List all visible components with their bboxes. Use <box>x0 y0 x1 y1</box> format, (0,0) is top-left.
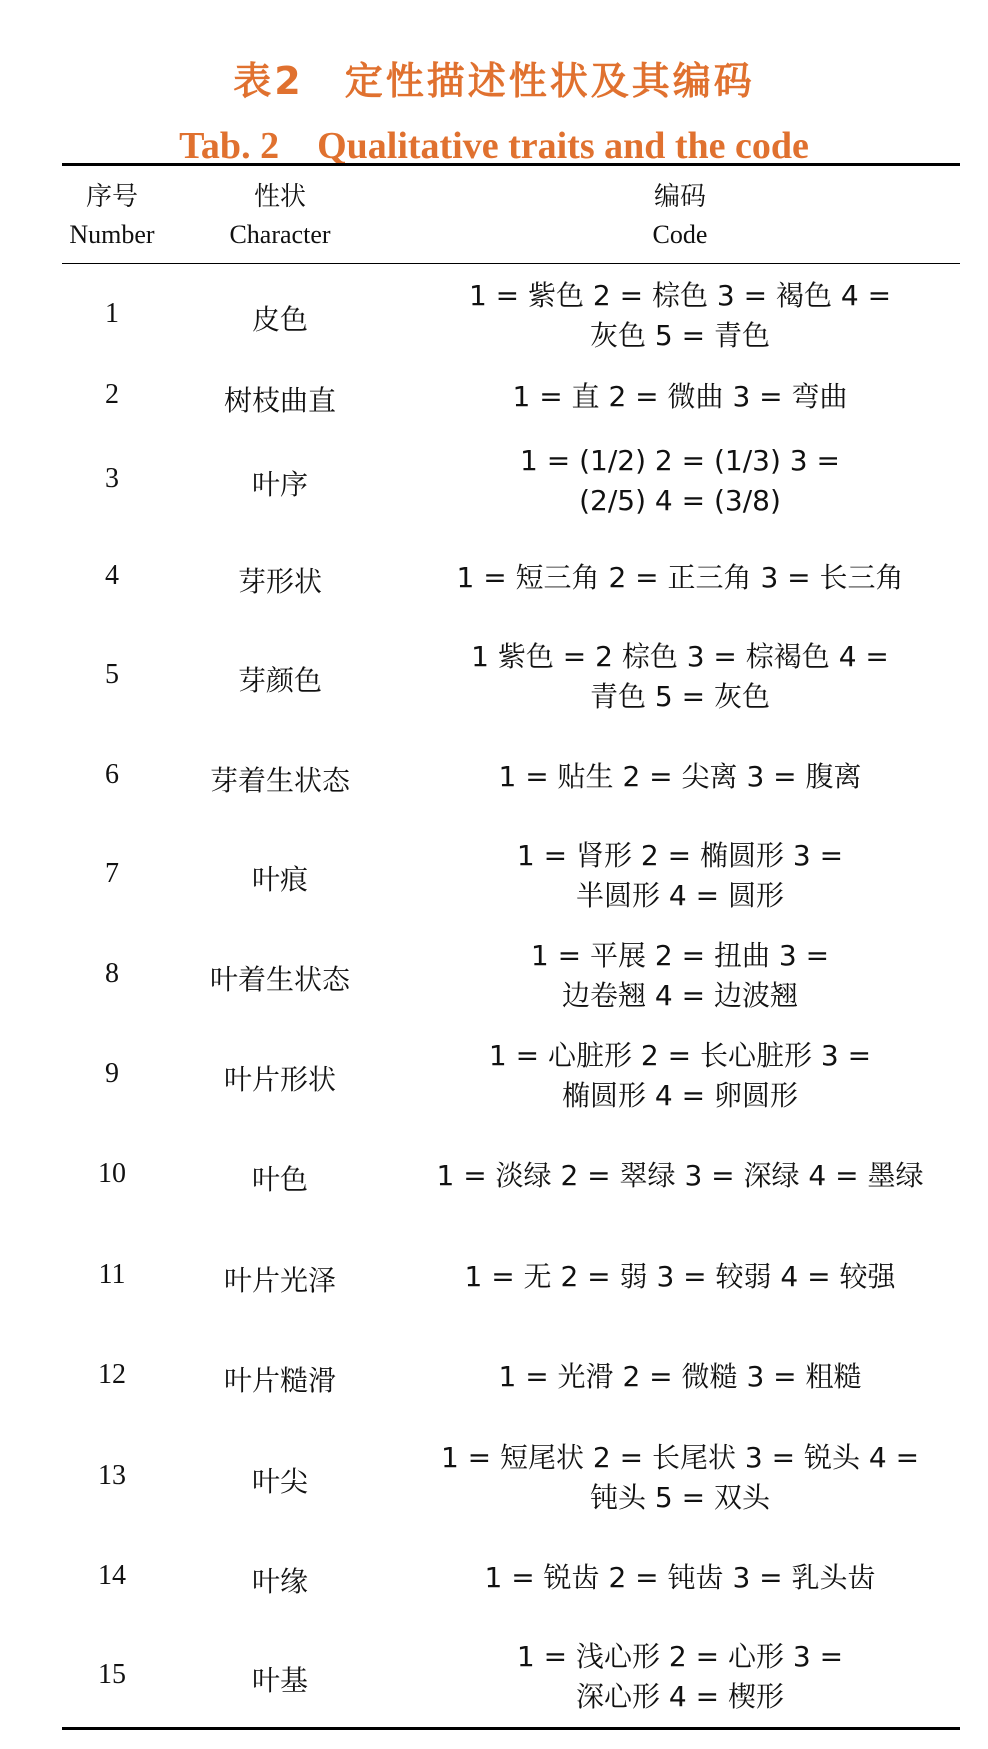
cell-code: 1 = 浅心形 2 = 心形 3 =深心形 4 = 楔形 <box>400 1637 960 1717</box>
code-line: 1 = 淡绿 2 = 翠绿 3 = 深绿 4 = 墨绿 <box>400 1156 960 1196</box>
code-line: 1 = 浅心形 2 = 心形 3 = <box>400 1637 960 1677</box>
table-row: 3叶序1 = (1/2) 2 = (1/3) 3 =(2/5) 4 = (3/8… <box>0 441 988 521</box>
table-row: 13叶尖1 = 短尾状 2 = 长尾状 3 = 锐头 4 =钝头 5 = 双头 <box>0 1438 988 1518</box>
cell-number: 2 <box>52 379 172 411</box>
cell-number: 6 <box>52 759 172 791</box>
code-line: (2/5) 4 = (3/8) <box>400 481 960 521</box>
cell-code: 1 = 肾形 2 = 椭圆形 3 =半圆形 4 = 圆形 <box>400 836 960 916</box>
cell-character: 叶缘 <box>180 1560 380 1600</box>
code-line: 深心形 4 = 楔形 <box>400 1677 960 1717</box>
cell-number: 14 <box>52 1560 172 1592</box>
code-line: 半圆形 4 = 圆形 <box>400 876 960 916</box>
cell-number: 7 <box>52 858 172 890</box>
code-line: 青色 5 = 灰色 <box>400 677 960 717</box>
code-line: 1 = 紫色 2 = 棕色 3 = 褐色 4 = <box>400 276 960 316</box>
cell-number: 4 <box>52 560 172 592</box>
code-line: 1 = 短三角 2 = 正三角 3 = 长三角 <box>400 558 960 598</box>
cell-code: 1 = 心脏形 2 = 长心脏形 3 =椭圆形 4 = 卵圆形 <box>400 1036 960 1116</box>
cell-code: 1 = 紫色 2 = 棕色 3 = 褐色 4 =灰色 5 = 青色 <box>400 276 960 356</box>
cell-code: 1 = 短尾状 2 = 长尾状 3 = 锐头 4 =钝头 5 = 双头 <box>400 1438 960 1518</box>
code-line: 1 = (1/2) 2 = (1/3) 3 = <box>400 441 960 481</box>
header-rule <box>62 263 960 264</box>
code-line: 边卷翘 4 = 边波翘 <box>400 976 960 1016</box>
cell-character: 叶基 <box>180 1659 380 1699</box>
table-row: 2树枝曲直1 = 直 2 = 微曲 3 = 弯曲 <box>0 377 988 417</box>
cell-number: 9 <box>52 1058 172 1090</box>
header-number-en: Number <box>52 216 172 254</box>
header-character: 性状 Character <box>200 178 360 254</box>
cell-character: 叶序 <box>180 463 380 503</box>
cell-character: 叶片形状 <box>180 1058 380 1098</box>
code-line: 1 = 平展 2 = 扭曲 3 = <box>400 936 960 976</box>
header-code-cn: 编码 <box>400 178 960 216</box>
cell-character: 叶着生状态 <box>180 958 380 998</box>
cell-code: 1 = 无 2 = 弱 3 = 较弱 4 = 较强 <box>400 1257 960 1297</box>
cell-number: 15 <box>52 1659 172 1691</box>
table-row: 11叶片光泽1 = 无 2 = 弱 3 = 较弱 4 = 较强 <box>0 1257 988 1297</box>
cell-character: 芽颜色 <box>180 659 380 699</box>
cell-code: 1 = (1/2) 2 = (1/3) 3 =(2/5) 4 = (3/8) <box>400 441 960 521</box>
header-code: 编码 Code <box>400 178 960 254</box>
table-row: 15叶基1 = 浅心形 2 = 心形 3 =深心形 4 = 楔形 <box>0 1637 988 1717</box>
cell-character: 芽形状 <box>180 560 380 600</box>
code-line: 1 = 直 2 = 微曲 3 = 弯曲 <box>400 377 960 417</box>
table-row: 7叶痕1 = 肾形 2 = 椭圆形 3 =半圆形 4 = 圆形 <box>0 836 988 916</box>
code-line: 1 = 锐齿 2 = 钝齿 3 = 乳头齿 <box>400 1558 960 1598</box>
cell-character: 皮色 <box>180 298 380 338</box>
header-number: 序号 Number <box>52 178 172 254</box>
cell-character: 叶痕 <box>180 858 380 898</box>
table-row: 1皮色1 = 紫色 2 = 棕色 3 = 褐色 4 =灰色 5 = 青色 <box>0 276 988 356</box>
cell-code: 1 = 直 2 = 微曲 3 = 弯曲 <box>400 377 960 417</box>
header-character-en: Character <box>200 216 360 254</box>
header-character-cn: 性状 <box>200 178 360 216</box>
table-row: 9叶片形状1 = 心脏形 2 = 长心脏形 3 =椭圆形 4 = 卵圆形 <box>0 1036 988 1116</box>
cell-code: 1 = 光滑 2 = 微糙 3 = 粗糙 <box>400 1357 960 1397</box>
cell-code: 1 紫色 = 2 棕色 3 = 棕褐色 4 =青色 5 = 灰色 <box>400 637 960 717</box>
cell-number: 13 <box>52 1460 172 1492</box>
cell-number: 8 <box>52 958 172 990</box>
table-row: 8叶着生状态1 = 平展 2 = 扭曲 3 =边卷翘 4 = 边波翘 <box>0 936 988 1016</box>
cell-number: 11 <box>52 1259 172 1291</box>
table-title-en: Tab. 2 Qualitative traits and the code <box>0 114 988 169</box>
table-row: 6芽着生状态1 = 贴生 2 = 尖离 3 = 腹离 <box>0 757 988 797</box>
cell-code: 1 = 短三角 2 = 正三角 3 = 长三角 <box>400 558 960 598</box>
bottom-rule <box>62 1727 960 1730</box>
code-line: 椭圆形 4 = 卵圆形 <box>400 1076 960 1116</box>
table-title-cn: 表2 定性描述性状及其编码 <box>0 50 988 105</box>
cell-code: 1 = 平展 2 = 扭曲 3 =边卷翘 4 = 边波翘 <box>400 936 960 1016</box>
cell-character: 叶色 <box>180 1158 380 1198</box>
table-row: 4芽形状1 = 短三角 2 = 正三角 3 = 长三角 <box>0 558 988 598</box>
code-line: 1 = 贴生 2 = 尖离 3 = 腹离 <box>400 757 960 797</box>
header-code-en: Code <box>400 216 960 254</box>
cell-number: 12 <box>52 1359 172 1391</box>
code-line: 钝头 5 = 双头 <box>400 1478 960 1518</box>
code-line: 1 = 无 2 = 弱 3 = 较弱 4 = 较强 <box>400 1257 960 1297</box>
cell-character: 叶片光泽 <box>180 1259 380 1299</box>
table-row: 12叶片糙滑1 = 光滑 2 = 微糙 3 = 粗糙 <box>0 1357 988 1397</box>
cell-number: 10 <box>52 1158 172 1190</box>
code-line: 1 = 短尾状 2 = 长尾状 3 = 锐头 4 = <box>400 1438 960 1478</box>
cell-character: 叶尖 <box>180 1460 380 1500</box>
code-line: 1 紫色 = 2 棕色 3 = 棕褐色 4 = <box>400 637 960 677</box>
cell-character: 芽着生状态 <box>180 759 380 799</box>
cell-number: 1 <box>52 298 172 330</box>
top-rule <box>62 163 960 166</box>
cell-number: 3 <box>52 463 172 495</box>
code-line: 1 = 肾形 2 = 椭圆形 3 = <box>400 836 960 876</box>
code-line: 1 = 光滑 2 = 微糙 3 = 粗糙 <box>400 1357 960 1397</box>
cell-code: 1 = 淡绿 2 = 翠绿 3 = 深绿 4 = 墨绿 <box>400 1156 960 1196</box>
header-number-cn: 序号 <box>52 178 172 216</box>
cell-character: 树枝曲直 <box>180 379 380 419</box>
cell-code: 1 = 锐齿 2 = 钝齿 3 = 乳头齿 <box>400 1558 960 1598</box>
code-line: 1 = 心脏形 2 = 长心脏形 3 = <box>400 1036 960 1076</box>
cell-code: 1 = 贴生 2 = 尖离 3 = 腹离 <box>400 757 960 797</box>
table-row: 10叶色1 = 淡绿 2 = 翠绿 3 = 深绿 4 = 墨绿 <box>0 1156 988 1196</box>
cell-number: 5 <box>52 659 172 691</box>
table-row: 5芽颜色1 紫色 = 2 棕色 3 = 棕褐色 4 =青色 5 = 灰色 <box>0 637 988 717</box>
code-line: 灰色 5 = 青色 <box>400 316 960 356</box>
cell-character: 叶片糙滑 <box>180 1359 380 1399</box>
table-row: 14叶缘1 = 锐齿 2 = 钝齿 3 = 乳头齿 <box>0 1558 988 1598</box>
